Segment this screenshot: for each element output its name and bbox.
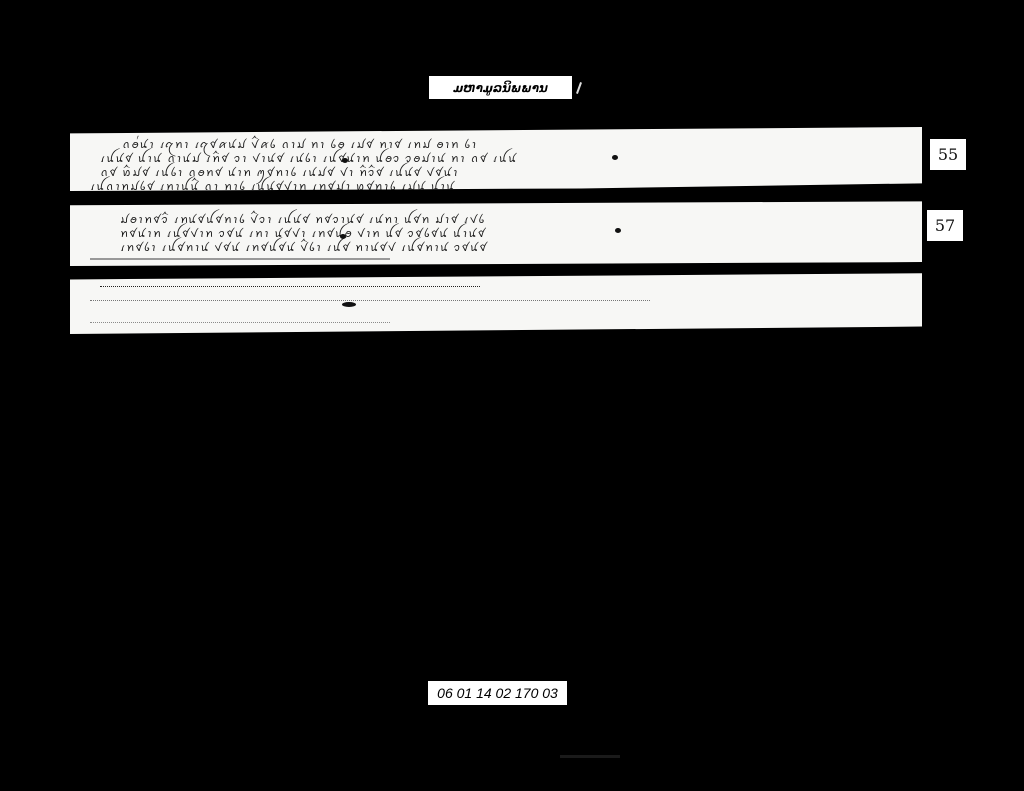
manuscript-line: ꪹꪊꪒꪱꪀꪣꪉꪥ ꪹꪀꪱꪊꪙꪲ ꪒꪱ ꪀꪱꪉ ꪹꪊꪙꪥꪚꪱꪀ ꪹꪀꪥꪣꪱ ꪭꪥꪀ… xyxy=(90,175,905,191)
manuscript-title-label: ມຫາມູລນິພພານ xyxy=(429,76,572,99)
palm-leaf-2: ꪣꪮꪱꪀꪥꪫꪲ ꪹꪀꪙꪥꪊꪥꪀꪱꪉ ꪚꪲꪫꪱ ꪹꪊꪙꪥ ꪀꪥꪫꪱꪙꪥ ꪹꪙꪀꪱ … xyxy=(70,200,922,266)
page-number-label: 55 xyxy=(930,139,966,170)
page-number-label: 57 xyxy=(927,210,963,241)
faded-line xyxy=(90,322,390,324)
palm-leaf-1: ꪒꪮ꪿ꪙꪱ ꪹꪋꪀꪱ ꪹꪋꪥꪁꪙꪣ ꪚꪲꪁꪉ ꪒꪱꪣ ꪀꪱ ꪉꪮ ꪹꪣꪥ ꪀꪱꪥ… xyxy=(70,127,922,191)
faded-line xyxy=(90,300,650,302)
scan-artifact xyxy=(560,755,620,758)
binding-hole xyxy=(340,234,346,239)
catalog-id-label: 06 01 14 02 170 03 xyxy=(428,681,567,705)
faded-line xyxy=(100,286,480,288)
binding-hole xyxy=(342,158,348,163)
palm-leaf-3-blank xyxy=(70,272,922,334)
manuscript-line: ꪹꪀꪥꪉꪱ ꪹꪊꪥꪀꪱꪙ ꪚꪥꪙ ꪹꪀꪥꪊꪥꪙ ꪚꪲꪉꪱ ꪹꪊꪥ ꪀꪱꪙꪥꪚ ꪹ… xyxy=(120,236,900,260)
tick-mark xyxy=(576,82,582,94)
binding-hole xyxy=(342,302,356,307)
binding-hole xyxy=(615,228,621,233)
leaf-edge-wear xyxy=(90,258,390,260)
binding-hole xyxy=(612,155,618,160)
